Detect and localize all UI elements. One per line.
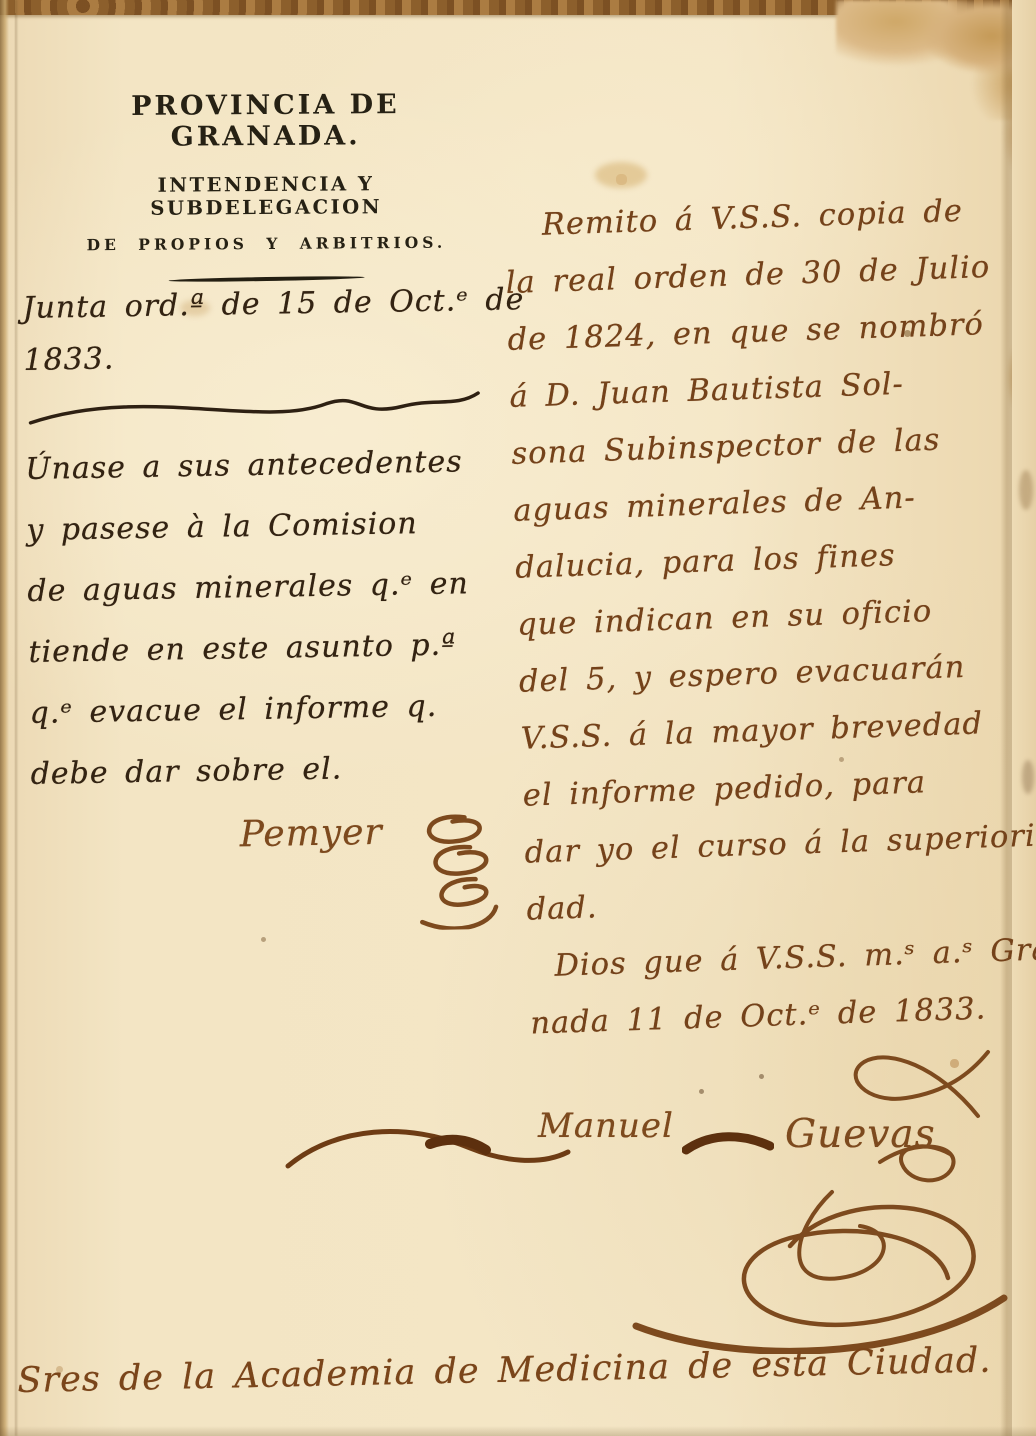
- letter-body: Remito á V.S.S. copia de la real orden d…: [503, 181, 1036, 1053]
- margin-signature: Pemyer: [239, 802, 521, 933]
- margin-note-line: tiende en este asunto p.ª: [28, 613, 517, 683]
- letterhead-office: INTENDENCIA Y SUBDELEGACION: [50, 171, 482, 220]
- margin-note-line: de aguas minerales q.ᵉ en: [27, 552, 516, 622]
- margin-note-line: y pasese à la Comision: [26, 491, 515, 561]
- addressee-line: Sres de la Academia de Medicina de esta …: [17, 1331, 1026, 1410]
- signature-block: Manuel Guevas: [280, 1078, 1030, 1308]
- signature-capital-flourish: [828, 1046, 998, 1120]
- margin-signature-rubric: [392, 803, 506, 931]
- letterhead-department: DE PROPIOS Y ARBITRIOS.: [50, 232, 482, 254]
- ink-specks: [0, 0, 3, 3]
- flourish-divider: [24, 380, 513, 439]
- margin-date-year: 1833.: [23, 330, 512, 389]
- binding-edge: [0, 0, 9, 1436]
- margin-note-line: Únase a sus antecedentes: [25, 430, 514, 500]
- signature-rubric: [580, 1134, 1020, 1354]
- margin-signature-name: Pemyer: [239, 805, 383, 863]
- signature-swash: [280, 1114, 572, 1186]
- foxing-stain: [595, 162, 647, 188]
- left-crease: [15, 0, 18, 1436]
- margin-date-line: Junta ord.ª de 15 de Oct.ᵉ de: [22, 269, 511, 339]
- manuscript-page: PROVINCIA DE GRANADA. INTENDENCIA Y SUBD…: [0, 0, 1036, 1436]
- margin-note-line: q.ᵉ evacue el informe q.: [29, 674, 518, 744]
- letterhead-province: PROVINCIA DE GRANADA.: [49, 88, 481, 153]
- bottom-edge-shadow: [0, 1426, 1036, 1436]
- margin-note: Junta ord.ª de 15 de Oct.ᵉ de 1833. Únas…: [22, 269, 521, 936]
- letterhead: PROVINCIA DE GRANADA. INTENDENCIA Y SUBD…: [49, 88, 482, 282]
- margin-note-line: debe dar sobre el.: [30, 735, 519, 805]
